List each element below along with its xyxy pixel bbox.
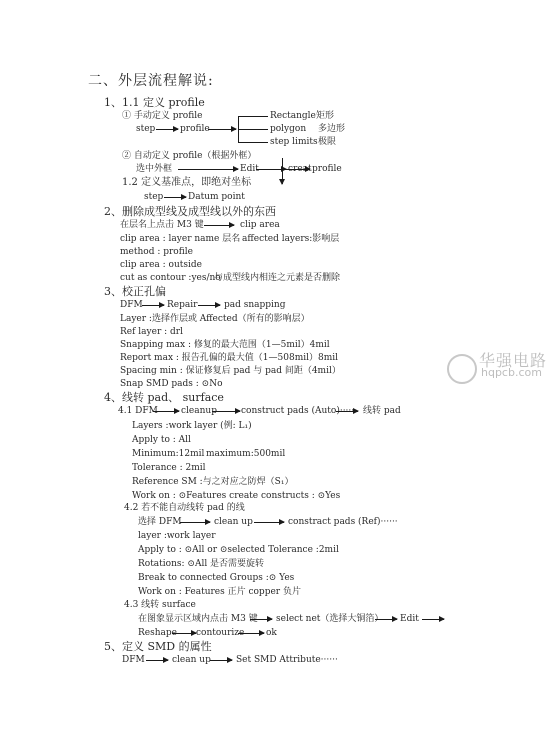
s2-clip-area: clip area (240, 220, 280, 231)
s41-flow: 线转 pad (363, 406, 401, 417)
s1-step: step (136, 124, 155, 135)
option-step-limits: step limits (270, 137, 318, 148)
arrow-icon (172, 633, 196, 634)
s2-click: 在层名上点击 M3 键 (120, 220, 204, 231)
s1-datum-title: 1.2 定义基准点，即绝对坐标 (122, 177, 251, 189)
s3-line: Layer :选择作层或 Affected（所有的影响层） (120, 314, 310, 325)
s1-datum-point: Datum point (188, 192, 245, 203)
watermark-en: hqpcb.com (481, 366, 542, 379)
s3-flow: pad snapping (224, 300, 286, 311)
s42-flow: clean up (214, 517, 253, 528)
arrow-icon (212, 411, 240, 412)
arrow-icon (156, 129, 178, 130)
s2-title: 2、删除成型线及成型线以外的东西 (104, 205, 276, 218)
s5-flow: Set SMD Attribute······ (236, 655, 338, 666)
s42-flow: 选择 DFM (138, 517, 182, 528)
bracket-line (238, 116, 268, 117)
s42-title: 4.2 若不能自动线转 pad 的线 (124, 503, 245, 514)
s1-manual: ① 手动定义 profile (122, 111, 202, 122)
s43-flow: 在图象显示区域内点击 M3 键 (138, 614, 258, 625)
arrow-icon (208, 129, 236, 130)
s42-line: Work on : Features 正片 copper 负片 (138, 587, 301, 598)
s1-datum-step: step (144, 192, 163, 203)
s2-line: clip area : outside (120, 260, 202, 271)
option-step-limits-cn: 极限 (318, 137, 336, 148)
section-heading: 二、外层流程解说: (88, 73, 214, 89)
s2-line: clip area : layer name 层名 (120, 234, 240, 245)
option-rectangle: Rectangle (270, 111, 316, 122)
s4-title: 4、线转 pad、 surface (104, 391, 224, 404)
s1-select-frame: 选中外框 (136, 164, 172, 175)
arrow-icon (250, 619, 272, 620)
s1-profile: profile (180, 124, 210, 135)
s2-affected: affected layers:影响层 (242, 234, 339, 245)
s3-line: Snap SMD pads : ⊙No (120, 379, 223, 390)
option-polygon-cn: 多边形 (318, 124, 345, 135)
s5-flow: clean up (172, 655, 211, 666)
arrow-icon (375, 619, 397, 620)
s2-line: method : profile (120, 247, 193, 258)
option-polygon: polygon (270, 124, 306, 135)
s41-line: Reference SM :与之对应之防焊（S₁） (132, 477, 293, 488)
s42-line: Rotations: ⊙All 是否需要旋转 (138, 559, 264, 570)
option-rectangle-cn: 矩形 (316, 111, 334, 122)
arrow-icon (146, 660, 168, 661)
arrow-icon (164, 197, 186, 198)
s3-flow: Repair (167, 300, 197, 311)
s5-title: 5、定义 SMD 的属性 (104, 640, 212, 653)
down-arrow-icon (282, 158, 283, 184)
s1-title: 1、1.1 定义 profile (104, 96, 205, 109)
hqpcb-logo-icon (447, 354, 477, 384)
s42-line: Break to connected Groups :⊙ Yes (138, 573, 294, 584)
arrow-icon (142, 305, 164, 306)
arrow-icon (210, 660, 232, 661)
s41-maximum: maximum:500mil (206, 449, 285, 460)
s3-line: Ref layer : drl (120, 327, 183, 338)
arrow-icon (254, 522, 284, 523)
s41-line: Layers :work layer (例: L₁) (132, 421, 252, 432)
s42-line: layer :work layer (138, 531, 216, 542)
arrow-icon (180, 522, 210, 523)
s41-flow: 4.1 DFM (118, 406, 158, 417)
s43-flow: select net（选择大铜箔） (276, 614, 383, 625)
s5-flow: DFM (122, 655, 145, 666)
s3-line: Snapping max : 修复的最大范围（1—5mil）4mil (120, 340, 330, 351)
s41-line: Tolerance : 2mil (132, 463, 206, 474)
s41-line: Minimum:12mil (132, 449, 204, 460)
arrow-icon (204, 225, 234, 226)
arrow-icon (238, 633, 264, 634)
bracket-line (238, 129, 268, 130)
s43-title: 4.3 线转 surface (124, 600, 196, 611)
s3-flow: DFM (120, 300, 143, 311)
s1-profile2: profile (312, 164, 342, 175)
arrow-icon (336, 411, 358, 412)
arrow-icon (422, 619, 444, 620)
s3-line: Report max : 报告孔偏的最大值（1—508mil）8mil (120, 353, 338, 364)
s41-line: Work on : ⊙Features create constructs : … (132, 491, 340, 502)
arrow-icon (153, 411, 179, 412)
s3-title: 3、校正孔偏 (104, 285, 166, 298)
arrow-icon (178, 169, 238, 170)
s43-flow: Edit (400, 614, 419, 625)
s2-line: cut as contour :yes/no (120, 273, 221, 284)
s42-line: Apply to : ⊙All or ⊙selected Tolerance :… (138, 545, 339, 556)
arrow-icon (284, 169, 310, 170)
bracket-line (238, 142, 268, 143)
s43-flow: ok (266, 628, 277, 639)
s3-line: Spacing min : 保证修复后 pad 与 pad 间距（4mil） (120, 366, 341, 377)
s2-contour-note: 与成型线内相连之元素是否删除 (214, 273, 340, 284)
s42-flow: constract pads (Ref)······ (288, 517, 398, 528)
s41-line: Apply to : All (132, 435, 191, 446)
arrow-icon (198, 305, 220, 306)
s1-auto: ② 自动定义 profile（根据外框） (122, 151, 256, 162)
